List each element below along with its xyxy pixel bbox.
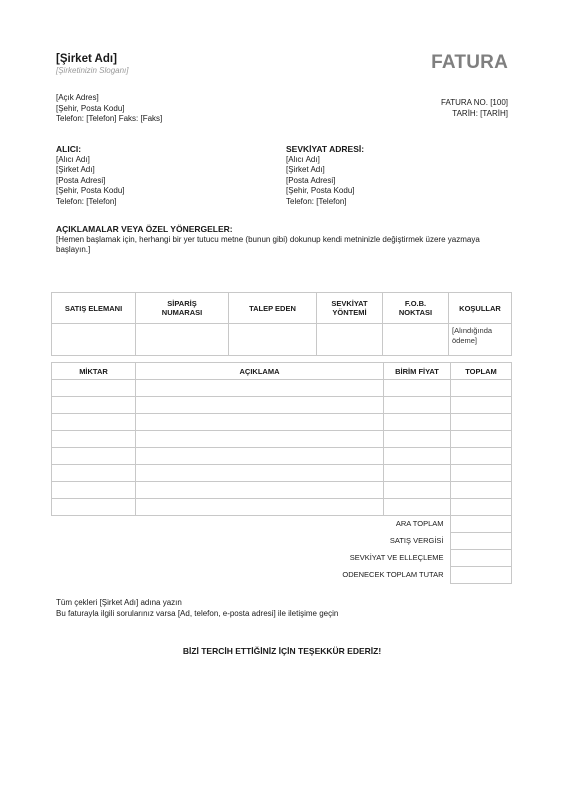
- description-cell[interactable]: [136, 448, 384, 465]
- phone-fax[interactable]: Telefon: [Telefon] Faks: [Faks]: [56, 114, 162, 125]
- thank-you-message: BİZİ TERCİH ETTİĞİNİZ İÇİN TEŞEKKÜR EDER…: [0, 646, 564, 657]
- ship-to-heading: SEVKİYAT ADRESİ:: [286, 144, 364, 155]
- description-cell[interactable]: [136, 431, 384, 448]
- line-total-cell[interactable]: [451, 499, 512, 516]
- line-item-row: [52, 448, 512, 465]
- description-cell[interactable]: [136, 499, 384, 516]
- line-item-row: [52, 482, 512, 499]
- city-zip[interactable]: [Şehir, Posta Kodu]: [56, 104, 162, 115]
- col-quantity: MİKTAR: [52, 363, 136, 380]
- street-address[interactable]: [Açık Adres]: [56, 93, 162, 104]
- order-info-row: [Alındığında ödeme]: [52, 324, 512, 356]
- totals-table: ARA TOPLAMSATIŞ VERGİSİSEVKİYAT VE ELLEÇ…: [320, 515, 512, 584]
- line-item-row: [52, 397, 512, 414]
- col-line-total: TOPLAM: [451, 363, 512, 380]
- unit-price-cell[interactable]: [384, 414, 451, 431]
- unit-price-cell[interactable]: [384, 431, 451, 448]
- col-order-number: SİPARİŞ NUMARASI: [136, 293, 229, 324]
- col-shipping-method-label: SEVKİYAT YÖNTEMİ: [326, 299, 374, 317]
- order-number-cell[interactable]: [136, 324, 229, 356]
- ship-to-city[interactable]: [Şehir, Posta Kodu]: [286, 186, 364, 197]
- terms-cell[interactable]: [Alındığında ödeme]: [449, 324, 512, 356]
- line-total-cell[interactable]: [451, 448, 512, 465]
- col-unit-price: BİRİM FİYAT: [384, 363, 451, 380]
- quantity-cell[interactable]: [52, 431, 136, 448]
- bill-to-name[interactable]: [Alıcı Adı]: [56, 155, 125, 166]
- instructions-heading: AÇIKLAMALAR VEYA ÖZEL YÖNERGELER:: [56, 224, 506, 235]
- sales-tax-value[interactable]: [450, 533, 511, 550]
- unit-price-cell[interactable]: [384, 397, 451, 414]
- line-total-cell[interactable]: [451, 482, 512, 499]
- bill-to-company[interactable]: [Şirket Adı]: [56, 165, 125, 176]
- total-due-value[interactable]: [450, 567, 511, 584]
- unit-price-cell[interactable]: [384, 465, 451, 482]
- subtotal-value[interactable]: [450, 516, 511, 533]
- quantity-cell[interactable]: [52, 499, 136, 516]
- ship-to-company[interactable]: [Şirket Adı]: [286, 165, 364, 176]
- description-cell[interactable]: [136, 397, 384, 414]
- ship-to-block: SEVKİYAT ADRESİ: [Alıcı Adı] [Şirket Adı…: [286, 144, 364, 207]
- company-address: [Açık Adres] [Şehir, Posta Kodu] Telefon…: [56, 93, 162, 125]
- sales-tax-row: SATIŞ VERGİSİ: [320, 533, 511, 550]
- shipping-handling-label: SEVKİYAT VE ELLEÇLEME: [320, 550, 450, 567]
- col-fob-point-label: F.O.B. NOKTASI: [395, 299, 437, 317]
- unit-price-cell[interactable]: [384, 499, 451, 516]
- col-terms: KOŞULLAR: [449, 293, 512, 324]
- line-total-cell[interactable]: [451, 397, 512, 414]
- description-cell[interactable]: [136, 465, 384, 482]
- closing-notes: Tüm çekleri [Şirket Adı] adına yazın Bu …: [56, 598, 338, 619]
- line-item-row: [52, 380, 512, 397]
- quantity-cell[interactable]: [52, 465, 136, 482]
- line-items-table: MİKTAR AÇIKLAMA BİRİM FİYAT TOPLAM: [51, 362, 512, 516]
- order-info-table: SATIŞ ELEMANI SİPARİŞ NUMARASI TALEP EDE…: [51, 292, 512, 356]
- shipping-handling-row: SEVKİYAT VE ELLEÇLEME: [320, 550, 511, 567]
- document-title: FATURA: [431, 52, 508, 74]
- description-cell[interactable]: [136, 380, 384, 397]
- ship-to-name[interactable]: [Alıcı Adı]: [286, 155, 364, 166]
- col-salesperson: SATIŞ ELEMANI: [52, 293, 136, 324]
- invoice-meta: FATURA NO. [100] TARİH: [TARİH]: [441, 98, 508, 119]
- bill-to-heading: ALICI:: [56, 144, 125, 155]
- col-shipping-method: SEVKİYAT YÖNTEMİ: [317, 293, 383, 324]
- line-item-row: [52, 465, 512, 482]
- shipping-handling-value[interactable]: [450, 550, 511, 567]
- shipping-method-cell[interactable]: [317, 324, 383, 356]
- unit-price-cell[interactable]: [384, 380, 451, 397]
- checks-payable-line[interactable]: Tüm çekleri [Şirket Adı] adına yazın: [56, 598, 338, 609]
- line-total-cell[interactable]: [451, 431, 512, 448]
- company-slogan[interactable]: [Şirketinizin Sloganı]: [56, 66, 128, 77]
- order-info-header-row: SATIŞ ELEMANI SİPARİŞ NUMARASI TALEP EDE…: [52, 293, 512, 324]
- bill-to-city[interactable]: [Şehir, Posta Kodu]: [56, 186, 125, 197]
- line-total-cell[interactable]: [451, 414, 512, 431]
- description-cell[interactable]: [136, 414, 384, 431]
- contact-line[interactable]: Bu faturayla ilgili sorularınız varsa [A…: [56, 609, 338, 620]
- company-name[interactable]: [Şirket Adı]: [56, 52, 117, 66]
- line-total-cell[interactable]: [451, 380, 512, 397]
- instructions-body[interactable]: [Hemen başlamak için, herhangi bir yer t…: [56, 235, 506, 256]
- sales-tax-label: SATIŞ VERGİSİ: [320, 533, 450, 550]
- unit-price-cell[interactable]: [384, 448, 451, 465]
- col-fob-point: F.O.B. NOKTASI: [383, 293, 449, 324]
- col-requested-by: TALEP EDEN: [229, 293, 317, 324]
- col-description: AÇIKLAMA: [136, 363, 384, 380]
- line-item-row: [52, 431, 512, 448]
- total-due-row: ODENECEK TOPLAM TUTAR: [320, 567, 511, 584]
- quantity-cell[interactable]: [52, 482, 136, 499]
- quantity-cell[interactable]: [52, 397, 136, 414]
- unit-price-cell[interactable]: [384, 482, 451, 499]
- bill-to-block: ALICI: [Alıcı Adı] [Şirket Adı] [Posta A…: [56, 144, 125, 207]
- line-item-row: [52, 414, 512, 431]
- line-item-row: [52, 499, 512, 516]
- description-cell[interactable]: [136, 482, 384, 499]
- bill-to-street[interactable]: [Posta Adresi]: [56, 176, 125, 187]
- special-instructions: AÇIKLAMALAR VEYA ÖZEL YÖNERGELER: [Hemen…: [56, 224, 506, 256]
- quantity-cell[interactable]: [52, 414, 136, 431]
- line-items-header-row: MİKTAR AÇIKLAMA BİRİM FİYAT TOPLAM: [52, 363, 512, 380]
- invoice-date[interactable]: TARİH: [TARİH]: [441, 109, 508, 120]
- total-due-label: ODENECEK TOPLAM TUTAR: [320, 567, 450, 584]
- salesperson-cell[interactable]: [52, 324, 136, 356]
- line-total-cell[interactable]: [451, 465, 512, 482]
- ship-to-phone[interactable]: Telefon: [Telefon]: [286, 197, 364, 208]
- col-order-number-label: SİPARİŞ NUMARASI: [156, 299, 208, 317]
- quantity-cell[interactable]: [52, 380, 136, 397]
- quantity-cell[interactable]: [52, 448, 136, 465]
- ship-to-street[interactable]: [Posta Adresi]: [286, 176, 364, 187]
- fob-point-cell[interactable]: [383, 324, 449, 356]
- bill-to-phone[interactable]: Telefon: [Telefon]: [56, 197, 125, 208]
- invoice-number[interactable]: FATURA NO. [100]: [441, 98, 508, 109]
- subtotal-row: ARA TOPLAM: [320, 516, 511, 533]
- subtotal-label: ARA TOPLAM: [320, 516, 450, 533]
- requested-by-cell[interactable]: [229, 324, 317, 356]
